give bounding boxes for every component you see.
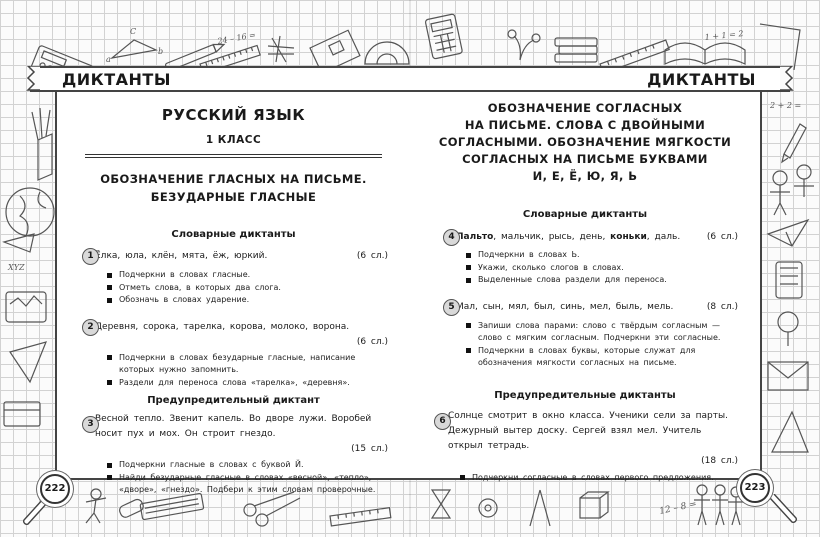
dictation-text: Солнце смотрит в окно класса. Ученики се… — [448, 411, 728, 451]
section-heading-warning: Предупредительный диктант — [57, 395, 410, 406]
school-doodles-top: C a b 24 – 16 = 1 + 1 = 2 — [0, 0, 820, 70]
task-5-instructions: Запиши слова парами: слово с твёрдым сог… — [410, 320, 760, 370]
dictation-text: Ёлка, юла, клён, мята, ёж, юркий. — [95, 251, 267, 261]
task-number-badge: 1 — [82, 248, 99, 265]
right-math-doodle: 2 + 2 = — [769, 101, 801, 110]
task-1: 1 (6 сл.) Ёлка, юла, клён, мята, ёж, юрк… — [57, 249, 410, 264]
section-heading-vocab: Словарные диктанты — [57, 229, 410, 240]
task-4: 4 (6 сл.) Пальто, мальчик, рысь, день, к… — [410, 230, 760, 245]
highlighted-word: Пальто — [456, 232, 493, 242]
task-1-instructions: Подчеркни в словах гласные. Отметь слова… — [57, 269, 410, 307]
top-math-doodle: 24 – 16 = — [216, 30, 257, 46]
task-6: 6 Солнце смотрит в окно класса. Ученики … — [410, 409, 760, 469]
top-right-math-doodle: 1 + 1 = 2 — [704, 29, 744, 42]
instruction-item: Найди безударные гласные в словах «весно… — [109, 472, 388, 497]
instruction-item: Запиши слова парами: слово с твёрдым сог… — [468, 320, 738, 345]
svg-text:b: b — [158, 47, 163, 56]
task-2-instructions: Подчеркни в словах безударные гласные, н… — [57, 352, 410, 390]
task-number-badge: 2 — [82, 319, 99, 336]
word-count: (8 сл.) — [707, 300, 738, 315]
ribbon-notch-icon — [780, 66, 794, 92]
instruction-item: Подчеркни гласные в словах с буквой Й. — [109, 459, 388, 472]
instruction-item: Отметь слова, в которых два слога. — [109, 282, 388, 295]
task-number-badge: 4 — [443, 229, 460, 246]
instruction-item: Подчеркни в словах буквы, которые служат… — [468, 345, 738, 370]
section-heading-vocab: Словарные диктанты — [410, 209, 760, 220]
word-count: (6 сл.) — [357, 249, 388, 264]
task-number-badge: 6 — [434, 413, 451, 430]
instruction-item: Укажи, сколько слогов в словах. — [468, 262, 738, 275]
page-number-right: 223 — [740, 473, 770, 503]
left-section-title: ДИКТАНТЫ — [62, 70, 171, 89]
school-doodles-left: XYZ — [0, 92, 56, 472]
right-topic-title: ОБОЗНАЧЕНИЕ СОГЛАСНЫХ НА ПИСЬМЕ. СЛОВА С… — [410, 100, 760, 185]
instruction-item: Обозначь в словах ударение. — [109, 294, 388, 307]
school-doodles-right: 2 + 2 = — [762, 92, 820, 472]
task-6-instructions: Подчеркни согласные в словах первого пре… — [410, 472, 760, 485]
dictation-text: Деревня, сорока, тарелка, корова, молоко… — [95, 322, 349, 332]
svg-text:a: a — [106, 55, 111, 64]
instruction-item: Подчеркни в словах Ь. — [468, 249, 738, 262]
page-number-left: 222 — [40, 474, 70, 504]
section-heading-warning: Предупредительные диктанты — [410, 390, 760, 401]
task-number-badge: 5 — [443, 299, 460, 316]
task-2: 2 Деревня, сорока, тарелка, корова, моло… — [57, 320, 410, 350]
task-3: 3 Весной тепло. Звенит капель. Во дворе … — [57, 412, 410, 457]
right-section-header: ДИКТАНТЫ — [410, 66, 790, 92]
left-page-content: РУССКИЙ ЯЗЫК 1 КЛАСС ОБОЗНАЧЕНИЕ ГЛАСНЫХ… — [55, 92, 410, 480]
word-count: (15 сл.) — [95, 442, 388, 457]
task-3-instructions: Подчеркни гласные в словах с буквой Й. Н… — [57, 459, 410, 497]
instruction-item: Выделенные слова раздели для переноса. — [468, 274, 738, 287]
instruction-item: Подчеркни согласные в словах первого пре… — [462, 472, 738, 485]
left-section-header: ДИКТАНТЫ — [30, 66, 410, 92]
left-topic-title: ОБОЗНАЧЕНИЕ ГЛАСНЫХ НА ПИСЬМЕ. БЕЗУДАРНЫ… — [57, 170, 410, 206]
xyz-doodle: XYZ — [7, 263, 25, 272]
right-section-title: ДИКТАНТЫ — [647, 70, 756, 89]
instruction-item: Раздели для переноса слова «тарелка», «д… — [109, 377, 388, 390]
double-divider — [85, 154, 382, 158]
word-count: (6 сл.) — [95, 335, 388, 350]
magnifier-handle-icon — [18, 496, 48, 526]
task-5: 5 (8 сл.) Мал, сын, мял, был, синь, мел,… — [410, 300, 760, 315]
grade-label: 1 КЛАСС — [57, 134, 410, 146]
bottom-math-doodle: 12 – 8 = — [659, 499, 698, 517]
ribbon-notch-icon — [26, 66, 40, 92]
magnifier-handle-icon — [768, 494, 802, 528]
task-number-badge: 3 — [82, 416, 99, 433]
subject-title: РУССКИЙ ЯЗЫК — [57, 106, 410, 124]
dictation-text: Весной тепло. Звенит капель. Во дворе лу… — [95, 414, 371, 439]
triangle-label-c: C — [130, 27, 136, 36]
right-page-content: ОБОЗНАЧЕНИЕ СОГЛАСНЫХ НА ПИСЬМЕ. СЛОВА С… — [410, 92, 762, 480]
word-count: (18 сл.) — [448, 454, 738, 469]
instruction-item: Подчеркни в словах безударные гласные, н… — [109, 352, 388, 377]
dictation-text: Мал, сын, мял, был, синь, мел, быль, мел… — [456, 302, 673, 312]
highlighted-word: коньки — [610, 232, 647, 242]
word-count: (6 сл.) — [707, 230, 738, 245]
task-4-instructions: Подчеркни в словах Ь. Укажи, сколько сло… — [410, 249, 760, 287]
instruction-item: Подчеркни в словах гласные. — [109, 269, 388, 282]
